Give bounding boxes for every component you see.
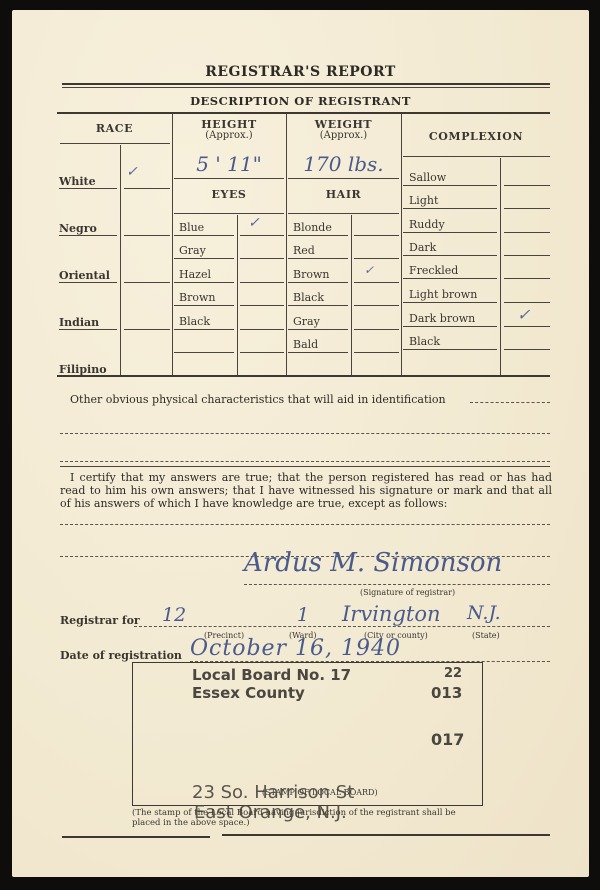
row-rule [354,329,399,330]
hair-option-bald: Bald [293,338,318,351]
row-rule [240,258,284,259]
row-rule [288,282,348,283]
row-rule [504,326,550,327]
row-rule [174,235,234,236]
complexion-option-ruddy: Ruddy [409,218,445,231]
state-value: N.J. [467,602,501,624]
hair-option-gray: Gray [293,315,320,328]
complexion-option-dark-brown: Dark brown [409,312,475,325]
table-top-rule [57,112,550,114]
row-rule [59,282,117,283]
hair-header: HAIR [286,188,401,201]
exceptions-field[interactable] [60,505,550,523]
section-rule [60,466,550,467]
other-characteristics-label: Other obvious physical characteristics t… [70,393,446,406]
complexion-option-light-brown: Light brown [409,288,477,301]
row-rule [240,235,284,236]
race-option-oriental: Oriental [59,269,110,282]
row-rule [124,188,170,189]
row-rule [240,352,284,353]
complexion-header: COMPLEXION [401,130,551,143]
eyes-option-hazel: Hazel [179,268,211,281]
row-rule [288,305,348,306]
stamp-county: Essex County [192,684,305,702]
precinct-value: 12 [162,604,186,626]
weight-sub: (Approx.) [286,130,401,141]
complexion-option-light: Light [409,194,438,207]
date-of-registration-value: October 16, 1940 [190,636,401,661]
weight-value: 170 lbs. [286,152,401,176]
dotted-line [470,402,550,403]
complexion-check-divider [500,158,501,376]
row-rule [124,235,170,236]
registrar-signature: Ardus M. Simonson [244,548,502,578]
signature-caption: (Signature of registrar) [360,588,455,597]
row-rule [354,282,399,283]
title-rule-thin [62,87,550,88]
row-rule [354,305,399,306]
eyes-header-rule [174,213,284,214]
hair-check-divider [351,215,352,376]
row-rule [288,235,348,236]
row-rule [288,329,348,330]
row-rule [354,235,399,236]
row-rule [174,329,234,330]
registrar-for-line [134,626,550,627]
stamp-code-2: 013 [431,684,462,702]
race-header: RACE [57,122,172,135]
row-rule [240,329,284,330]
registrar-for-label: Registrar for [60,614,140,627]
weight-rule [288,178,399,179]
bottom-rule-right [222,834,550,836]
race-header-rule [60,143,170,144]
height-value: 5 ' 11" [172,152,286,176]
bottom-rule-left [62,836,210,838]
row-rule [59,188,117,189]
row-rule [288,352,348,353]
hair-option-blonde: Blonde [293,221,332,234]
complexion-option-freckled: Freckled [409,264,458,277]
eyes-check-divider [237,215,238,376]
eyes-option-black: Black [179,315,210,328]
dotted-line [60,524,550,525]
eyes-option-brown: Brown [179,291,215,304]
row-rule [504,255,550,256]
eyes-blue-check-icon[interactable]: ✓ [248,215,260,231]
row-rule [504,185,550,186]
row-rule [403,208,497,209]
row-rule [59,235,117,236]
row-rule [403,326,497,327]
col-divider [401,114,402,376]
dotted-line [60,461,550,462]
row-rule [354,258,399,259]
table-bottom-rule [57,375,550,377]
row-rule [504,232,550,233]
complexion-header-rule [403,156,550,157]
ward-value: 1 [297,604,309,626]
hair-option-red: Red [293,244,315,257]
race-check-divider [120,145,121,376]
height-rule [174,178,284,179]
registrar-report-card: REGISTRAR'S REPORT DESCRIPTION OF REGIST… [12,10,589,877]
city-value: Irvington [342,602,441,626]
row-rule [504,208,550,209]
row-rule [504,278,550,279]
height-sub: (Approx.) [172,130,286,141]
complexion-option-black: Black [409,335,440,348]
race-white-check-icon[interactable]: ✓ [126,164,138,180]
hair-brown-check-icon[interactable]: ✓ [364,263,374,277]
eyes-option-gray: Gray [179,244,206,257]
row-rule [174,305,234,306]
other-characteristics-field[interactable] [60,415,550,433]
row-rule [504,349,550,350]
document-title: REGISTRAR'S REPORT [12,64,589,80]
signature-line [244,584,550,585]
row-rule [403,232,497,233]
date-of-registration-label: Date of registration [60,649,182,662]
row-rule [174,282,234,283]
row-rule [403,255,497,256]
hair-option-black: Black [293,291,324,304]
row-rule [124,282,170,283]
row-rule [124,329,170,330]
row-rule [403,278,497,279]
document-subtitle: DESCRIPTION OF REGISTRANT [12,94,589,108]
row-rule [59,329,117,330]
row-rule [403,302,497,303]
row-rule [174,258,234,259]
row-rule [174,352,234,353]
hair-header-rule [288,213,399,214]
eyes-option-blue: Blue [179,221,204,234]
stamp-instruction: (The stamp of the Local Board having jur… [132,808,472,828]
race-option-negro: Negro [59,222,97,235]
race-option-white: White [59,175,96,188]
complexion-option-dark: Dark [409,241,436,254]
row-rule [240,305,284,306]
dotted-line [60,433,550,434]
row-rule [504,302,550,303]
title-rule [62,83,550,85]
eyes-header: EYES [172,188,286,201]
race-option-indian: Indian [59,316,99,329]
stamp-address-street: 23 So. Harrison St [192,782,354,803]
state-caption: (State) [472,631,500,640]
complexion-option-sallow: Sallow [409,171,446,184]
row-rule [354,352,399,353]
hair-option-brown: Brown [293,268,329,281]
stamp-code-1: 22 [444,666,462,681]
row-rule [403,185,497,186]
stamp-code-3: 017 [431,730,464,749]
complexion-dark-brown-check-icon[interactable]: ✓ [517,305,530,324]
row-rule [403,349,497,350]
row-rule [240,282,284,283]
stamp-board-number: Local Board No. 17 [192,666,351,684]
row-rule [288,258,348,259]
